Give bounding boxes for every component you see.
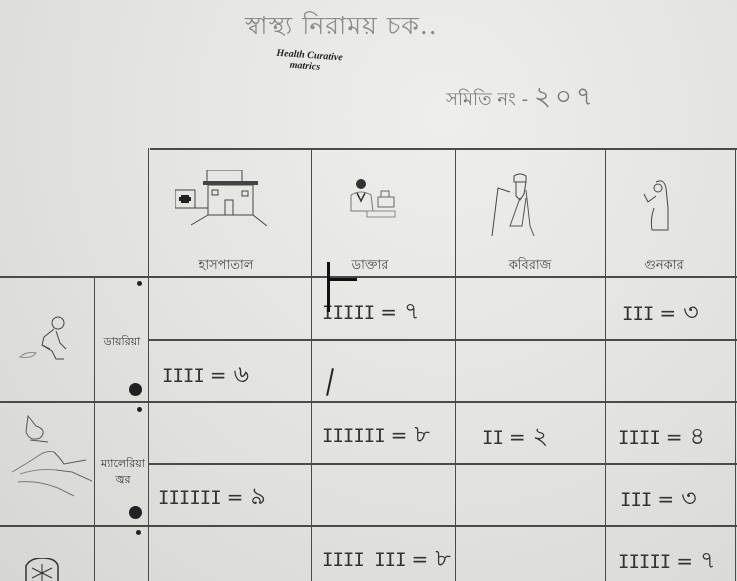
grid-line	[0, 525, 737, 527]
cell-malaria-hospital: IIIIII=৯	[158, 478, 267, 518]
cell-row3-healer: IIIII=৭	[618, 542, 717, 581]
grid-line	[455, 148, 456, 581]
small-dot	[137, 281, 142, 286]
column-label-kabiraj: কবিরাজ	[460, 256, 600, 277]
small-dot	[137, 407, 142, 412]
column-label-healer: গুনকার	[594, 256, 734, 277]
grid-line	[94, 276, 95, 581]
patient-icon	[22, 558, 62, 581]
grid-line	[605, 148, 606, 581]
cell-diarrhea-healer: III=৩	[622, 294, 700, 334]
cell-malaria-healer-2: III=৩	[620, 480, 698, 520]
large-dot	[129, 506, 142, 519]
committee-number: সমিতি নং -২০৭	[446, 76, 597, 120]
row-label-diarrhea: ডায়রিয়া	[96, 334, 148, 350]
diarrhea-patient-icon	[16, 315, 72, 365]
hospital-icon	[175, 170, 270, 230]
large-dot	[129, 383, 142, 396]
pen-mark	[327, 262, 330, 312]
kabiraj-icon	[490, 170, 540, 240]
row-label-malaria-fever: ম্যালেরিয়া জ্বর	[96, 456, 150, 488]
grid-line	[148, 463, 737, 465]
column-label-doctor: ডাক্তার	[300, 256, 440, 277]
cell-diarrhea-hospital: IIII=৬	[162, 356, 250, 396]
cell-row3-doctor: IIII III=৮	[322, 540, 452, 580]
grid-line	[735, 148, 736, 581]
cell-malaria-doctor: IIIIII=৮	[322, 416, 431, 456]
fever-patient-icon	[8, 412, 92, 504]
column-label-hospital: হাসপাতাল	[156, 256, 296, 277]
cell-diarrhea-doctor: IIIII=৭	[322, 293, 421, 333]
cell-malaria-kabiraj: II=২	[482, 418, 549, 458]
sheet-title: স্বাস্থ্য নিরাময় চক..	[245, 6, 438, 49]
committee-label: সমিতি নং -	[446, 89, 528, 110]
grid-line	[311, 148, 312, 581]
health-curative-matrix-sheet: স্বাস্থ্য নিরাময় চক.. Health Curative m…	[0, 0, 737, 581]
committee-value: ২০৭	[534, 82, 597, 112]
grid-line	[150, 148, 737, 150]
grid-line	[148, 339, 737, 341]
cell-malaria-healer: IIII=৪	[618, 418, 706, 458]
grid-line	[148, 148, 149, 581]
pen-mark	[327, 278, 357, 281]
pen-mark	[326, 368, 334, 396]
grid-line	[0, 401, 737, 403]
doctor-icon	[345, 175, 400, 225]
small-dot	[136, 530, 141, 535]
healer-icon	[638, 178, 678, 233]
sheet-subtitle: Health Curative matrics	[275, 48, 343, 75]
